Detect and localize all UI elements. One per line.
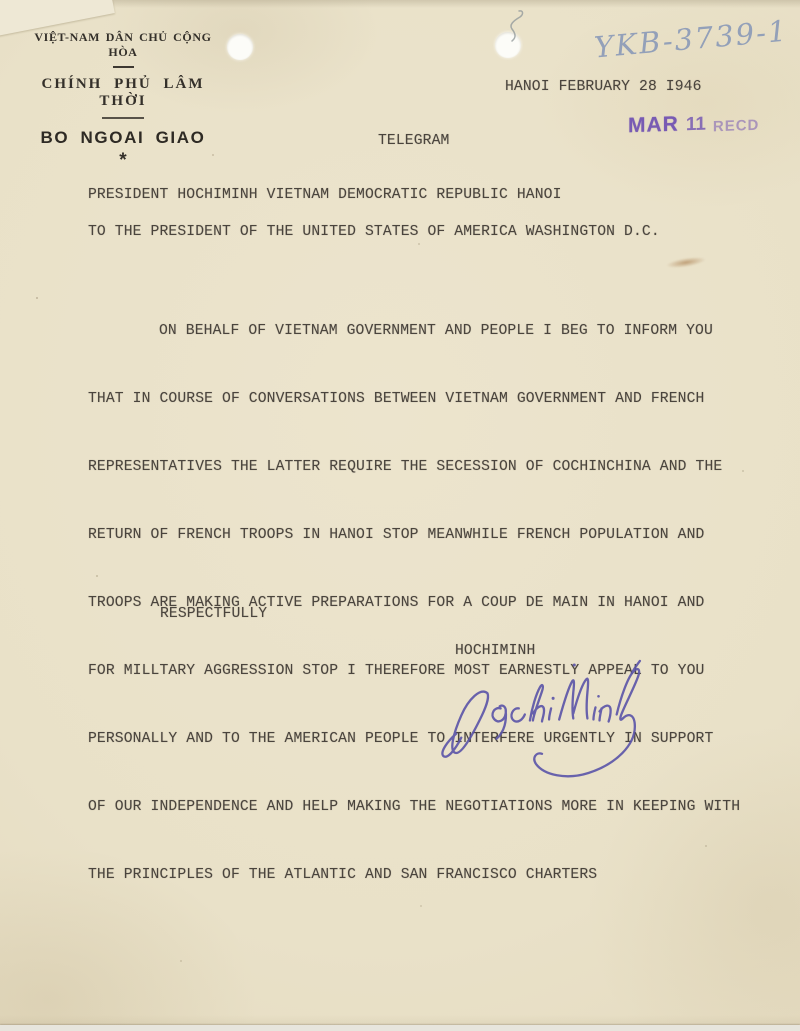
letterhead: VIỆT-NAM DÂN CHỦ CỘNG HÒA CHÍNH PHỦ LÂM … bbox=[24, 30, 222, 172]
sender-line: PRESIDENT HOCHIMINH VIETNAM DEMOCRATIC R… bbox=[88, 187, 562, 203]
dateline: HANOI FEBRUARY 28 I946 bbox=[505, 79, 702, 95]
punch-hole-left bbox=[227, 34, 253, 60]
document-title: TELEGRAM bbox=[378, 133, 449, 149]
letterhead-divider-1 bbox=[113, 66, 134, 68]
telegram-body-line: ON BEHALF OF VIETNAM GOVERNMENT AND PEOP… bbox=[88, 313, 778, 349]
telegram-body-line: RETURN OF FRENCH TROOPS IN HANOI STOP ME… bbox=[88, 517, 778, 553]
recipient-line: TO THE PRESIDENT OF THE UNITED STATES OF… bbox=[88, 224, 660, 240]
telegram-body-line: THE PRINCIPLES OF THE ATLANTIC AND SAN F… bbox=[88, 857, 778, 893]
stamp-recd-label: RECD bbox=[713, 117, 759, 136]
hochiminh-handwritten-signature bbox=[430, 650, 652, 788]
scan-edge-bottom bbox=[0, 1025, 800, 1031]
paper-specks bbox=[0, 0, 2, 2]
letterhead-star-icon: * bbox=[24, 150, 222, 172]
closing-respectfully: RESPECTFULLY bbox=[160, 606, 267, 622]
letterhead-country: VIỆT-NAM DÂN CHỦ CỘNG HÒA bbox=[24, 30, 222, 60]
pencil-squiggle-mark bbox=[500, 8, 528, 44]
letterhead-ministry: BO NGOAI GIAO bbox=[24, 128, 222, 148]
stamp-month: MAR bbox=[628, 113, 679, 139]
telegram-body-line: THAT IN COURSE OF CONVERSATIONS BETWEEN … bbox=[88, 381, 778, 417]
stamp-day: 11 bbox=[686, 114, 706, 137]
letterhead-government: CHÍNH PHỦ LÂM THỜI bbox=[24, 76, 222, 110]
received-date-stamp: MAR 11 RECD bbox=[628, 110, 759, 139]
telegram-scan: VIỆT-NAM DÂN CHỦ CỘNG HÒA CHÍNH PHỦ LÂM … bbox=[0, 0, 800, 1031]
telegram-body-line: REPRESENTATIVES THE LATTER REQUIRE THE S… bbox=[88, 449, 778, 485]
telegram-body: ON BEHALF OF VIETNAM GOVERNMENT AND PEOP… bbox=[88, 281, 778, 925]
letterhead-divider-2 bbox=[102, 117, 144, 119]
telegram-body-line: OF OUR INDEPENDENCE AND HELP MAKING THE … bbox=[88, 789, 778, 825]
